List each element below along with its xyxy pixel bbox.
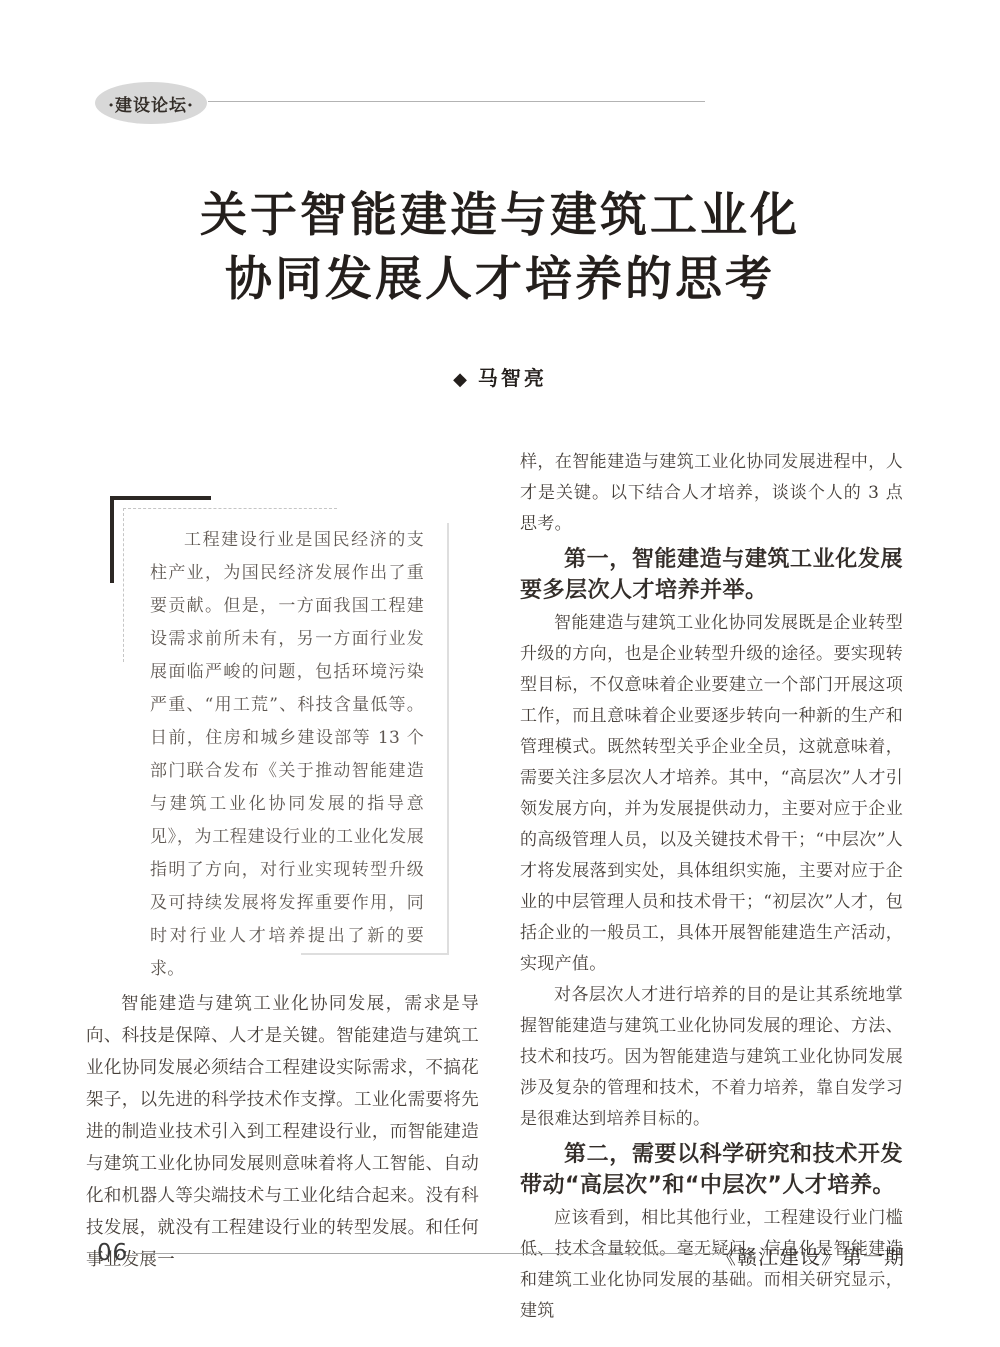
footer-rule (132, 1253, 752, 1254)
corner-bracket-horizontal (110, 496, 211, 500)
right-column: 样，在智能建造与建筑工业化协同发展进程中，人才是关键。以下结合人才培养，谈谈个人… (520, 447, 903, 1327)
diamond-icon: ◆ (453, 369, 467, 390)
section-badge: ·建设论坛· (95, 82, 207, 124)
header-rule (208, 101, 705, 102)
paragraph-1: 智能建造与建筑工业化协同发展既是企业转型升级的方向，也是企业转型升级的途径。要实… (520, 608, 903, 980)
article-title-line2: 协同发展人才培养的思考 (0, 248, 1000, 312)
sub-heading-2: 第二，需要以科学研究和技术开发带动“高层次”和“中层次”人才培养。 (520, 1139, 903, 1201)
journal-issue: 《赣江建设》第一期 (716, 1241, 905, 1270)
paragraph-continuation: 样，在智能建造与建筑工业化协同发展进程中，人才是关键。以下结合人才培养，谈谈个人… (520, 447, 903, 540)
sub-heading-1: 第一，智能建造与建筑工业化发展要多层次人才培养并举。 (520, 544, 903, 606)
section-badge-label: ·建设论坛· (108, 91, 194, 116)
quote-box-dashed-left-border (123, 508, 124, 662)
quote-box-dashed-top-border (123, 508, 337, 509)
paragraph-2: 对各层次人才进行培养的目的是让其系统地掌握智能建造与建筑工业化协同发展的理论、方… (520, 980, 903, 1135)
intro-quote-text: 工程建设行业是国民经济的支柱产业，为国民经济发展作出了重要贡献。但是，一方面我国… (150, 524, 424, 986)
author-name: 马智亮 (478, 366, 547, 390)
article-title: 关于智能建造与建筑工业化 协同发展人才培养的思考 (0, 184, 1000, 312)
page-number: 06 (97, 1240, 128, 1266)
quote-box-right-border (447, 523, 449, 955)
article-title-line1: 关于智能建造与建筑工业化 (0, 184, 1000, 248)
magazine-page: ·建设论坛· 关于智能建造与建筑工业化 协同发展人才培养的思考 ◆马智亮 工程建… (0, 0, 1000, 1347)
corner-bracket-vertical (110, 496, 114, 583)
author-line: ◆马智亮 (0, 362, 1000, 391)
left-column-paragraph: 智能建造与建筑工业化协同发展，需求是导向、科技是保障、人才是关键。智能建造与建筑… (86, 988, 479, 1276)
